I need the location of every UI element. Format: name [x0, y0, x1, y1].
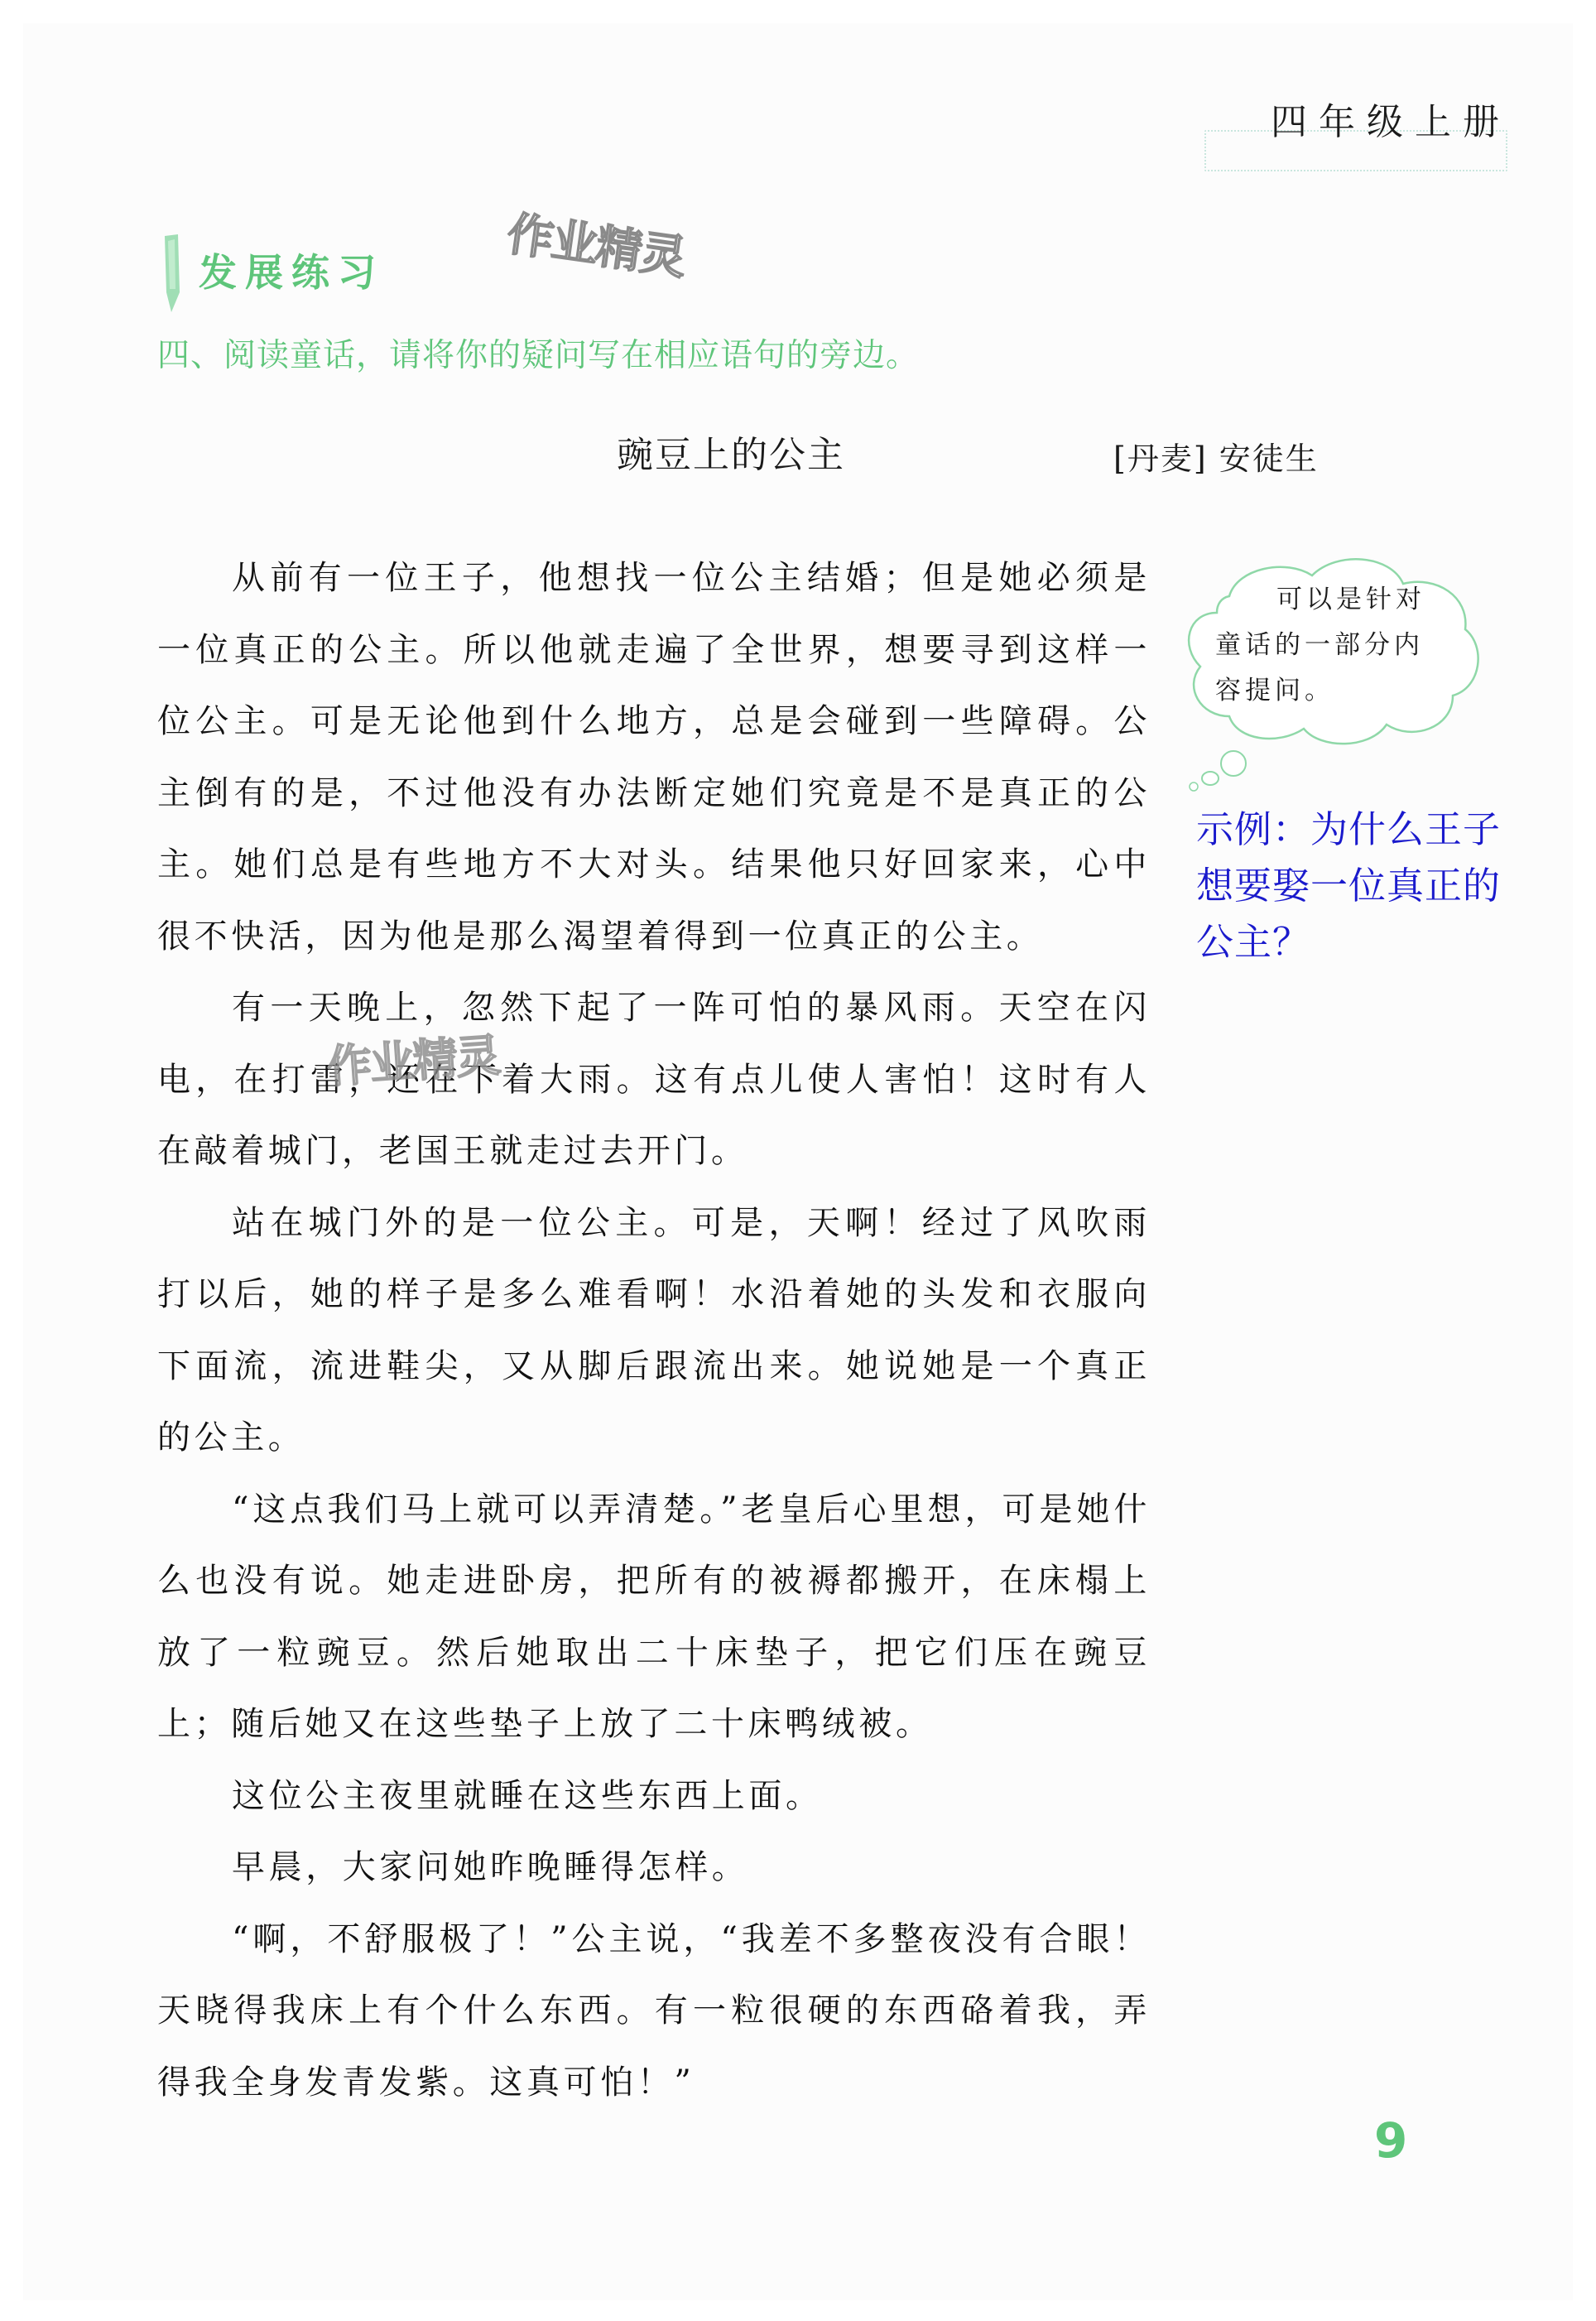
example-answer: 示例：为什么王子想要娶一位真正的公主？ — [1196, 802, 1519, 970]
question-instruction: 四、阅读童话，请将你的疑问写在相应语句的旁边。 — [157, 339, 919, 372]
grade-label: 四年级上册 — [1271, 104, 1511, 141]
story-author: [丹麦] 安徒生 — [1113, 443, 1319, 474]
story-title: 豌豆上的公主 — [617, 437, 845, 474]
story-paragraph: “啊，不舒服极了！”公主说，“我差不多整夜没有合眼！天晓得我床上有个什么东西。有… — [157, 1904, 1151, 2119]
story-paragraph: 从前有一位王子，他想找一位公主结婚；但是她必须是一位真正的公主。所以他就走遍了全… — [157, 542, 1151, 972]
page-number: 9 — [1374, 2116, 1407, 2165]
section-title: 发展练习 — [199, 253, 384, 291]
story-paragraph: 有一天晚上，忽然下起了一阵可怕的暴风雨。天空在闪电，在打雷，还在下着大雨。这有点… — [157, 972, 1151, 1187]
pencil-icon — [160, 234, 181, 314]
story-paragraph: 这位公主夜里就睡在这些东西上面。 — [157, 1760, 1151, 1832]
story-paragraph: 早晨，大家问她昨晚睡得怎样。 — [157, 1832, 1151, 1904]
story-body: 从前有一位王子，他想找一位公主结婚；但是她必须是一位真正的公主。所以他就走遍了全… — [157, 542, 1151, 2118]
story-paragraph: 站在城门外的是一位公主。可是，天啊！经过了风吹雨打以后，她的样子是多么难看啊！水… — [157, 1187, 1151, 1474]
story-paragraph: “这点我们马上就可以弄清楚。”老皇后心里想，可是她什么也没有说。她走进卧房，把所… — [157, 1474, 1151, 1760]
bubble-hint: 可以是针对童话的一部分内容提问。 — [1215, 577, 1430, 714]
